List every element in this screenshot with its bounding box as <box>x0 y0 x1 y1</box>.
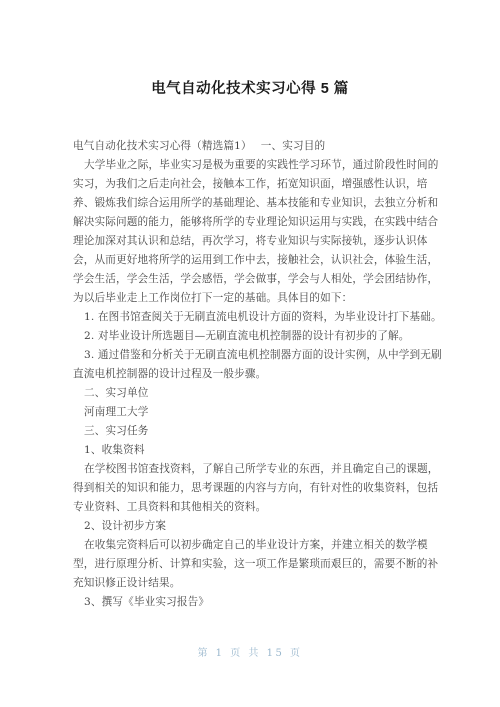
text-line: 在学校图书馆查找资料，了解自己所学专业的东西，并且确定自己的课题， <box>73 460 432 479</box>
text-line: 大学毕业之际，毕业实习是极为重要的实践性学习环节，通过阶段性时间的 <box>73 156 432 175</box>
document-page: 电气自动化技术实习心得 5 篇 电气自动化技术实习心得（精选篇1） 一、实习目的… <box>0 0 500 707</box>
text-line-list-item: 1. 在图书馆查阅关于无刷直流电机设计方面的资料，为毕业设计打下基础。 <box>73 308 432 327</box>
document-title: 电气自动化技术实习心得 5 篇 <box>0 77 500 98</box>
text-line: 充知识修正设计结果。 <box>73 574 432 593</box>
sub-heading: 3、撰写《毕业实习报告》 <box>73 593 432 612</box>
sub-heading: 2、设计初步方案 <box>73 517 432 536</box>
text-line: 型，进行原理分析、计算和实验，这一项工作是繁琐而艰巨的，需要不断的补 <box>73 555 432 574</box>
text-line: 得到相关的知识和能力，思考课题的内容与方向，有针对性的收集资料，包括 <box>73 479 432 498</box>
page-number-footer: 第 1 页 共 15 页 <box>0 644 500 659</box>
text-line: 理论加深对其认识和总结，再次学习，将专业知识与实际接轨，逐步认识体 <box>73 232 432 251</box>
text-line: 会，从而更好地将所学的运用到工作中去，接触社会，认识社会，体验生活， <box>73 251 432 270</box>
section-heading: 二、实习单位 <box>73 384 432 403</box>
text-line: 直流电机控制器的设计过程及一般步骤。 <box>73 365 432 384</box>
text-line: 河南理工大学 <box>73 403 432 422</box>
text-line-list-item: 2. 对毕业设计所选题目—无刷直流电机控制器的设计有初步的了解。 <box>73 327 432 346</box>
text-line: 在收集完资料后可以初步确定自己的毕业设计方案，并建立相关的数学模 <box>73 536 432 555</box>
sub-heading: 1、收集资料 <box>73 441 432 460</box>
text-line: 电气自动化技术实习心得（精选篇1） 一、实习目的 <box>73 137 432 156</box>
text-line: 专业资料、工具资料和其他相关的资料。 <box>73 498 432 517</box>
section-heading: 三、实习任务 <box>73 422 432 441</box>
text-line-list-item: 3. 通过借鉴和分析关于无刷直流电机控制器方面的设计实例，从中学到无刷 <box>73 346 432 365</box>
text-line: 学会生活，学会生活，学会感悟，学会做事，学会与人相处，学会团结协作， <box>73 270 432 289</box>
text-line: 为以后毕业走上工作岗位打下一定的基础。具体目的如下： <box>73 289 432 308</box>
document-body: 电气自动化技术实习心得（精选篇1） 一、实习目的 大学毕业之际，毕业实习是极为重… <box>73 137 432 612</box>
text-line: 实习，为我们之后走向社会，接触本工作，拓宽知识面，增强感性认识，培 <box>73 175 432 194</box>
text-line: 解决实际问题的能力，能够将所学的专业理论知识运用与实践，在实践中结合 <box>73 213 432 232</box>
text-line: 养、锻炼我们综合运用所学的基础理论、基本技能和专业知识，去独立分析和 <box>73 194 432 213</box>
